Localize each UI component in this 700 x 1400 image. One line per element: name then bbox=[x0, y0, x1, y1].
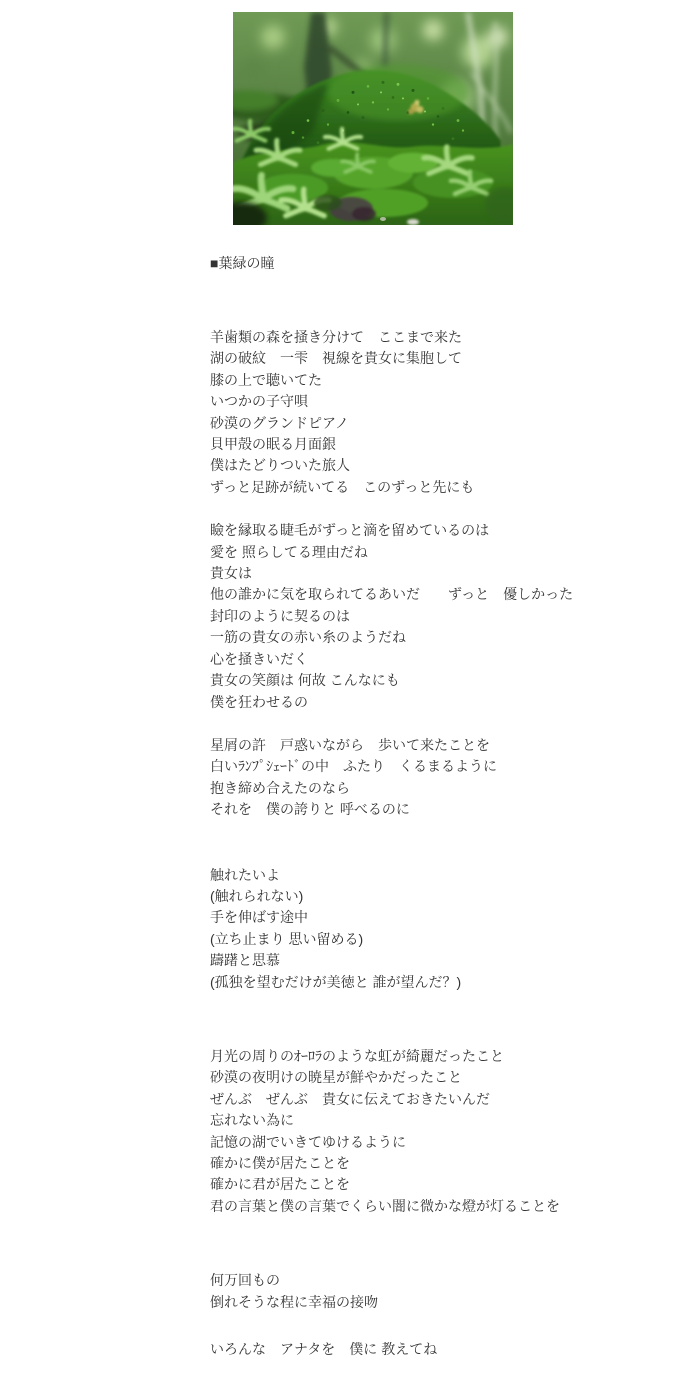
lyric-line: 貴女は bbox=[210, 563, 690, 584]
lyric-line: 瞼を縁取る睫毛がずっと滴を留めているのは bbox=[210, 520, 690, 541]
lyric-line: 倒れそうな程に幸福の接吻 bbox=[210, 1292, 690, 1313]
lyric-line: 羊歯類の森を掻き分けて ここまで来た bbox=[210, 327, 690, 348]
lyric-line: 僕はたどりついた旅人 bbox=[210, 455, 690, 476]
lyric-line: 君の言葉と僕の言葉でくらい闇に微かな燈が灯ることを bbox=[210, 1196, 690, 1217]
stanza-6: 何万回もの倒れそうな程に幸福の接吻 bbox=[210, 1270, 690, 1313]
stanza-2: 瞼を縁取る睫毛がずっと滴を留めているのは愛を 照らしてる理由だね貴女は他の誰かに… bbox=[210, 520, 690, 713]
lyric-line: 抱き締め合えたのなら bbox=[210, 778, 690, 799]
lyric-line: 他の誰かに気を取られてるあいだ ずっと 優しかった bbox=[210, 584, 690, 605]
lyric-line: 何万回もの bbox=[210, 1270, 690, 1291]
lyric-line: 記憶の湖でいきてゆけるように bbox=[210, 1132, 690, 1153]
lyric-line: 手を伸ばす途中 bbox=[210, 907, 690, 928]
lyric-line: 忘れない為に bbox=[210, 1110, 690, 1131]
lyric-line: 貴女の笑顔は 何故 こんなにも bbox=[210, 670, 690, 691]
lyric-line: 砂漠のグランドピアノ bbox=[210, 413, 690, 434]
page-title: ■葉緑の瞳 bbox=[210, 253, 690, 274]
stanza-5: 月光の周りのｵｰﾛﾗのような虹が綺麗だったこと砂漠の夜明けの暁星が鮮やかだったこ… bbox=[210, 1046, 690, 1217]
stanza-7: いろんな アナタを 僕に 教えてね bbox=[210, 1339, 690, 1360]
lyric-line: 封印のように契るのは bbox=[210, 606, 690, 627]
lyric-line: 触れたいよ bbox=[210, 865, 690, 886]
lyric-line: 躊躇と思慕 bbox=[210, 950, 690, 971]
lyric-line: 湖の破紋 一雫 視線を貴女に集胞して bbox=[210, 348, 690, 369]
header-photo bbox=[233, 12, 513, 225]
moss-forest-photo-illustration bbox=[233, 12, 513, 225]
lyric-line: 星屑の許 戸惑いながら 歩いて来たことを bbox=[210, 735, 690, 756]
lyric-line: 確かに君が居たことを bbox=[210, 1174, 690, 1195]
lyric-line: 僕を狂わせるの bbox=[210, 692, 690, 713]
stanza-3: 星屑の許 戸惑いながら 歩いて来たことを白いﾗﾝﾌﾟｼｪｰﾄﾞの中 ふたり くる… bbox=[210, 735, 690, 821]
lyric-line: 愛を 照らしてる理由だね bbox=[210, 542, 690, 563]
lyric-line: いつかの子守唄 bbox=[210, 391, 690, 412]
lyric-line: 砂漠の夜明けの暁星が鮮やかだったこと bbox=[210, 1067, 690, 1088]
lyric-line: 心を掻きいだく bbox=[210, 649, 690, 670]
lyric-line: 月光の周りのｵｰﾛﾗのような虹が綺麗だったこと bbox=[210, 1046, 690, 1067]
lyrics: 羊歯類の森を掻き分けて ここまで来た湖の破紋 一雫 視線を貴女に集胞して膝の上で… bbox=[210, 327, 690, 1360]
lyric-line: いろんな アナタを 僕に 教えてね bbox=[210, 1339, 690, 1360]
stanza-1: 羊歯類の森を掻き分けて ここまで来た湖の破紋 一雫 視線を貴女に集胞して膝の上で… bbox=[210, 327, 690, 498]
lyric-line: (孤独を望むだけが美徳と 誰が望んだ？) bbox=[210, 972, 690, 993]
lyric-line: 一筋の貴女の赤い糸のようだね bbox=[210, 627, 690, 648]
page: ■葉緑の瞳 羊歯類の森を掻き分けて ここまで来た湖の破紋 一雫 視線を貴女に集胞… bbox=[0, 0, 700, 1400]
lyric-line: 膝の上で聴いてた bbox=[210, 370, 690, 391]
lyric-line: ぜんぶ ぜんぶ 貴女に伝えておきたいんだ bbox=[210, 1089, 690, 1110]
lyric-line: それを 僕の誇りと 呼べるのに bbox=[210, 799, 690, 820]
stanza-4: 触れたいよ(触れられない)手を伸ばす途中(立ち止まり 思い留める)躊躇と思慕(孤… bbox=[210, 865, 690, 993]
lyric-line: 確かに僕が居たことを bbox=[210, 1153, 690, 1174]
lyric-line: ずっと足跡が続いてる このずっと先にも bbox=[210, 477, 690, 498]
lyric-line: (立ち止まり 思い留める) bbox=[210, 929, 690, 950]
lyric-line: (触れられない) bbox=[210, 886, 690, 907]
lyric-line: 白いﾗﾝﾌﾟｼｪｰﾄﾞの中 ふたり くるまるように bbox=[210, 756, 690, 777]
lyric-line: 貝甲殻の眠る月面銀 bbox=[210, 434, 690, 455]
lyrics-column: ■葉緑の瞳 羊歯類の森を掻き分けて ここまで来た湖の破紋 一雫 視線を貴女に集胞… bbox=[210, 225, 690, 1360]
